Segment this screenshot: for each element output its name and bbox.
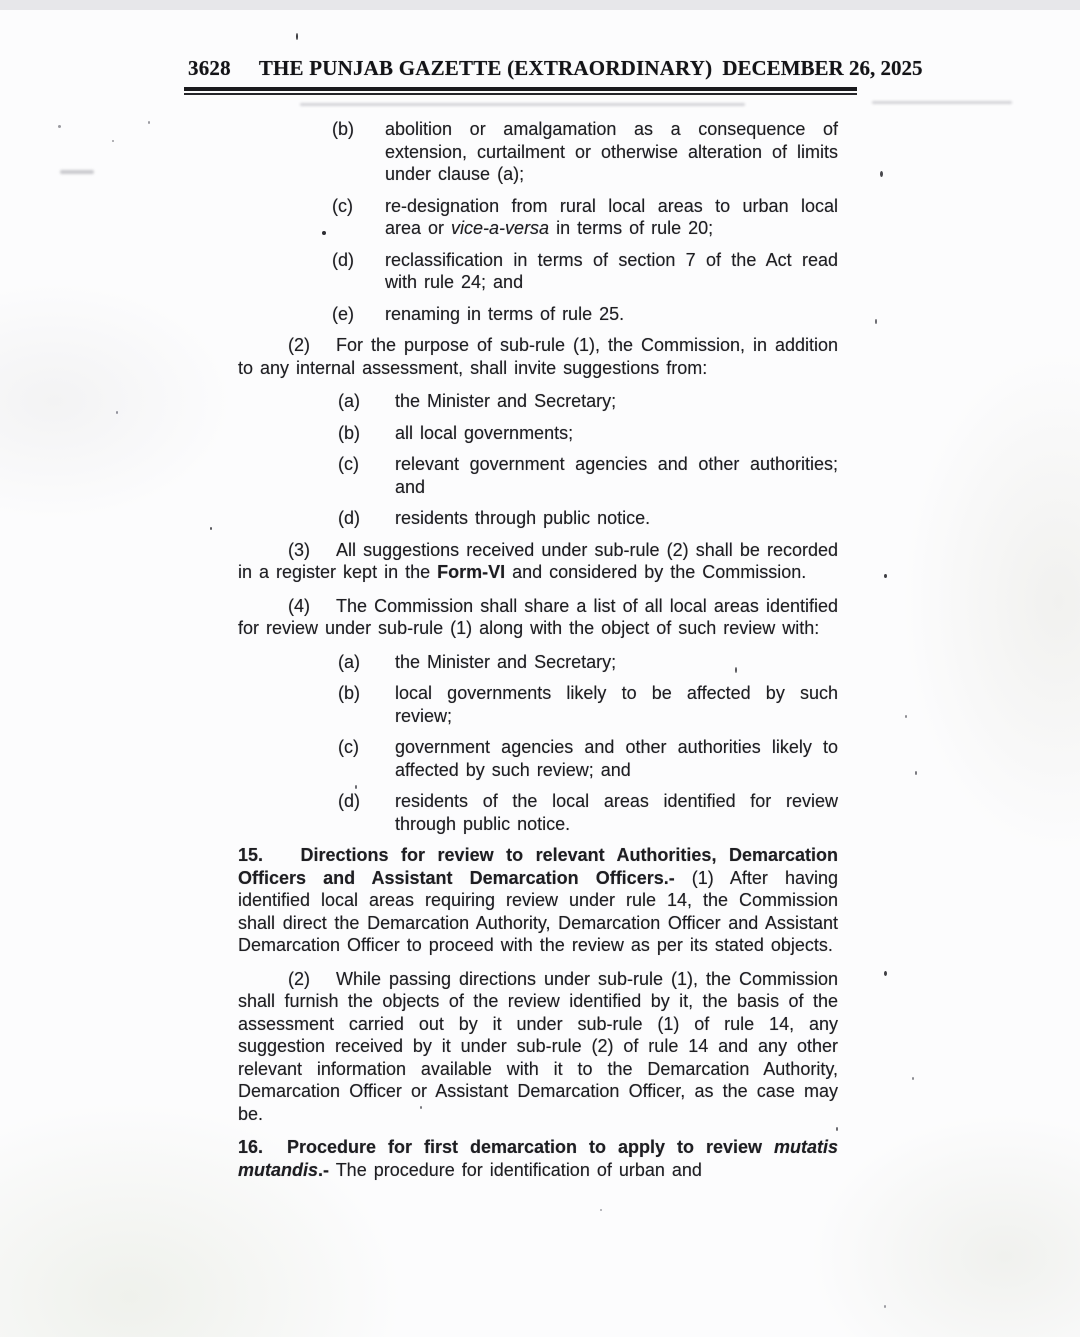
rule14-sub2-paragraph: (2)For the purpose of sub-rule (1), the … <box>238 334 838 379</box>
scan-speck <box>600 1209 602 1211</box>
scan-speck <box>58 125 61 128</box>
list-item-text: reclassification in terms of section 7 o… <box>385 250 838 293</box>
list-item-label: (d) <box>338 790 360 813</box>
paragraph-text: All suggestions received under sub-rule … <box>238 540 838 583</box>
scan-speck <box>210 527 212 530</box>
italic-phrase: vice-a-versa <box>451 218 549 238</box>
list-item-text: local governments likely to be affected … <box>395 683 838 726</box>
scan-speck <box>420 1106 422 1109</box>
list-item-text: re-designation from rural local areas to… <box>385 196 838 239</box>
document-content: (b) abolition or amalgamation as a conse… <box>238 118 838 1192</box>
scan-speck <box>148 121 150 124</box>
sub-rule-number: (3) <box>288 540 310 560</box>
rule14-sub1-list: (b) abolition or amalgamation as a conse… <box>238 118 838 325</box>
list-item-label: (d) <box>332 249 354 272</box>
list-item-label: (b) <box>332 118 354 141</box>
list-item-text: residents of the local areas identified … <box>395 791 838 834</box>
scan-top-band <box>0 0 1080 10</box>
scan-speck <box>884 971 887 976</box>
list-item-label: (b) <box>338 422 360 445</box>
list-item-label: (e) <box>332 303 354 326</box>
paragraph-text: While passing directions under sub-rule … <box>238 969 838 1124</box>
rule14-sub4-paragraph: (4)The Commission shall share a list of … <box>238 595 838 640</box>
list-item: (b) local governments likely to be affec… <box>238 682 838 727</box>
ghost-smudge <box>872 101 1012 104</box>
scan-speck <box>296 33 298 40</box>
page-number: 3628 <box>188 56 231 81</box>
scan-speck <box>836 1127 838 1131</box>
paragraph-text: For the purpose of sub-rule (1), the Com… <box>238 335 838 378</box>
list-item: (d) residents of the local areas identif… <box>238 790 838 835</box>
sub-rule-number: (2) <box>288 335 310 355</box>
rule-15-sub2-paragraph: (2)While passing directions under sub-ru… <box>238 968 838 1126</box>
scan-speck <box>322 231 326 235</box>
list-item-text: government agencies and other authoritie… <box>395 737 838 780</box>
scan-speck <box>112 140 114 142</box>
list-item-label: (c) <box>338 453 359 476</box>
list-item: (c) government agencies and other author… <box>238 736 838 781</box>
scan-speck <box>912 1077 914 1080</box>
header-double-rule <box>184 87 857 95</box>
list-item: (b) abolition or amalgamation as a conse… <box>238 118 838 186</box>
rule14-sub3-paragraph: (3)All suggestions received under sub-ru… <box>238 539 838 584</box>
scan-speck <box>116 411 118 414</box>
scan-speck <box>884 574 887 578</box>
scan-speck <box>905 715 907 718</box>
list-item: (c) re-designation from rural local area… <box>238 195 838 240</box>
scan-speck <box>735 667 737 673</box>
list-item-label: (a) <box>338 651 360 674</box>
list-item: (c) relevant government agencies and oth… <box>238 453 838 498</box>
ghost-smudge <box>300 103 745 106</box>
sub-rule-number: (4) <box>288 596 310 616</box>
paragraph-text: The procedure for identification of urba… <box>329 1160 702 1180</box>
list-item: (d) residents through public notice. <box>238 507 838 530</box>
list-item: (d) reclassification in terms of section… <box>238 249 838 294</box>
scan-speck <box>355 785 357 789</box>
sub-rule-number: (2) <box>288 969 310 989</box>
rule-16-heading-end: .- <box>318 1160 329 1180</box>
list-item-text: all local governments; <box>395 423 573 443</box>
list-item-label: (d) <box>338 507 360 530</box>
list-item-text: the Minister and Secretary; <box>395 652 616 672</box>
bold-phrase: Form-VI <box>437 562 505 582</box>
scan-speck <box>875 319 877 324</box>
scan-speck <box>880 171 883 177</box>
scan-speck <box>915 771 917 775</box>
paragraph-text: The Commission shall share a list of all… <box>238 596 838 639</box>
list-item-label: (a) <box>338 390 360 413</box>
list-item-text: the Minister and Secretary; <box>395 391 616 411</box>
list-item-text: renaming in terms of rule 25. <box>385 304 624 324</box>
rule-16-heading: 16. Procedure for first demarcation to a… <box>238 1137 774 1157</box>
list-item-label: (c) <box>332 195 353 218</box>
list-item-label: (c) <box>338 736 359 759</box>
gazette-title: THE PUNJAB GAZETTE (EXTRAORDINARY) <box>259 56 713 81</box>
gazette-scanned-page: 3628 THE PUNJAB GAZETTE (EXTRAORDINARY) … <box>0 0 1080 1337</box>
gazette-date: DECEMBER 26, 2025 <box>722 56 922 81</box>
list-item-text: relevant government agencies and other a… <box>395 454 838 497</box>
list-item-label: (b) <box>338 682 360 705</box>
scan-speck <box>884 1305 886 1308</box>
rule14-sub2-list: (a) the Minister and Secretary; (b) all … <box>238 390 838 530</box>
list-item: (e) renaming in terms of rule 25. <box>238 303 838 326</box>
rule-16-paragraph: 16. Procedure for first demarcation to a… <box>238 1136 838 1181</box>
rule-15-paragraph: 15. Directions for review to relevant Au… <box>238 844 838 957</box>
list-item-text: abolition or amalgamation as a consequen… <box>385 119 838 184</box>
ghost-smudge <box>60 170 94 174</box>
list-item: (a) the Minister and Secretary; <box>238 651 838 674</box>
list-item: (a) the Minister and Secretary; <box>238 390 838 413</box>
page-header: 3628 THE PUNJAB GAZETTE (EXTRAORDINARY) … <box>188 56 922 81</box>
list-item-text: residents through public notice. <box>395 508 650 528</box>
rule14-sub4-list: (a) the Minister and Secretary; (b) loca… <box>238 651 838 836</box>
list-item: (b) all local governments; <box>238 422 838 445</box>
